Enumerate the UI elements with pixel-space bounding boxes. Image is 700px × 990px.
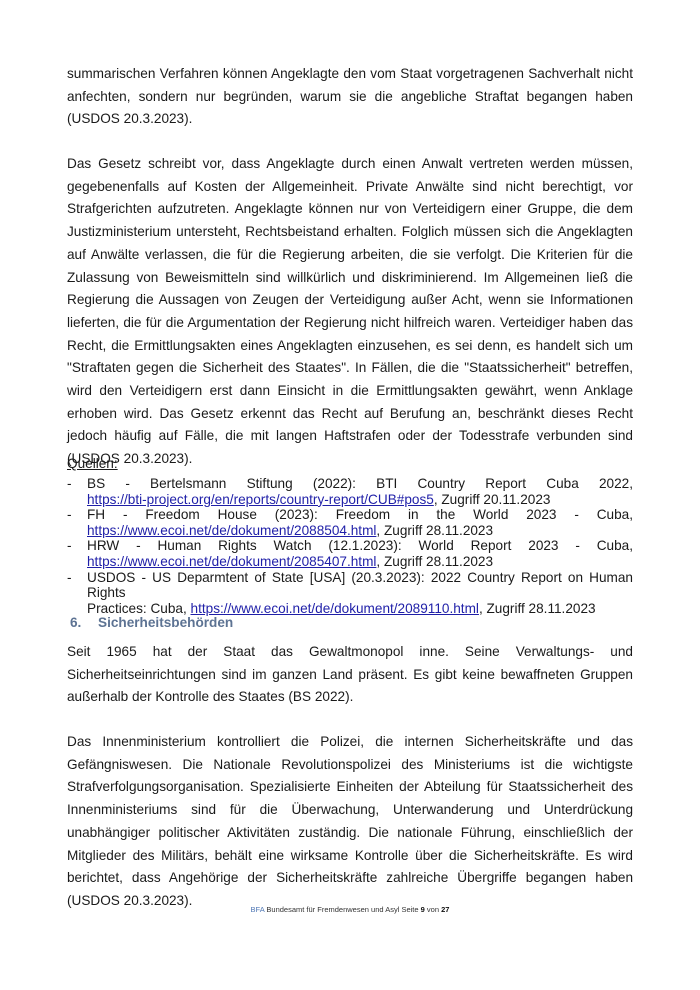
source-item-usdos: - USDOS - US Deparmtent of State [USA] (… <box>67 570 633 617</box>
footer-page-total: 27 <box>441 905 449 914</box>
source-item-hrw: - HRW - Human Rights Watch (12.1.2023): … <box>67 538 633 569</box>
source-title: FH - Freedom House (2023): Freedom in th… <box>87 507 633 523</box>
section-title: Sicherheitsbehörden <box>98 615 233 630</box>
source-item-bs: - BS - Bertelsmann Stiftung (2022): BTI … <box>67 476 633 507</box>
paragraph-interior-ministry: Das Innenministerium kontrolliert die Po… <box>67 731 633 913</box>
source-title: BS - Bertelsmann Stiftung (2022): BTI Co… <box>87 476 633 492</box>
list-dash: - <box>67 538 72 554</box>
source-link[interactable]: https://www.ecoi.net/de/dokument/2088504… <box>87 523 376 538</box>
source-link[interactable]: https://bti-project.org/en/reports/count… <box>87 492 434 507</box>
source-access-date: , Zugriff 28.11.2023 <box>376 554 493 569</box>
list-dash: - <box>67 476 72 492</box>
footer-of: von <box>425 905 441 914</box>
source-access-date: , Zugriff 20.11.2023 <box>434 492 551 507</box>
source-link[interactable]: https://www.ecoi.net/de/dokument/2085407… <box>87 554 376 569</box>
sources-label: Quellen: <box>67 455 118 473</box>
section-number: 6. <box>70 614 98 632</box>
source-title: HRW - Human Rights Watch (12.1.2023): Wo… <box>87 538 633 554</box>
source-access-date: , Zugriff 28.11.2023 <box>479 601 596 616</box>
paragraph-summary-proceedings: summarischen Verfahren können Angeklagte… <box>67 63 633 131</box>
section-heading: 6.Sicherheitsbehörden <box>70 614 233 632</box>
source-title: USDOS - US Deparmtent of State [USA] (20… <box>87 570 633 601</box>
paragraph-legal-representation: Das Gesetz schreibt vor, dass Angeklagte… <box>67 153 633 471</box>
paragraph-monopoly-of-force: Seit 1965 hat der Staat das Gewaltmonopo… <box>67 641 633 709</box>
page-footer: BFA Bundesamt für Fremdenwesen und Asyl … <box>0 905 700 915</box>
source-item-fh: - FH - Freedom House (2023): Freedom in … <box>67 507 633 538</box>
list-dash: - <box>67 570 72 586</box>
sources-list: - BS - Bertelsmann Stiftung (2022): BTI … <box>67 476 633 616</box>
footer-brand: BFA <box>251 905 265 914</box>
source-access-date: , Zugriff 28.11.2023 <box>376 523 493 538</box>
footer-org: Bundesamt für Fremdenwesen und Asyl Seit… <box>264 905 420 914</box>
list-dash: - <box>67 507 72 523</box>
source-link[interactable]: https://www.ecoi.net/de/dokument/2089110… <box>191 601 479 616</box>
document-page: summarischen Verfahren können Angeklagte… <box>0 0 700 990</box>
